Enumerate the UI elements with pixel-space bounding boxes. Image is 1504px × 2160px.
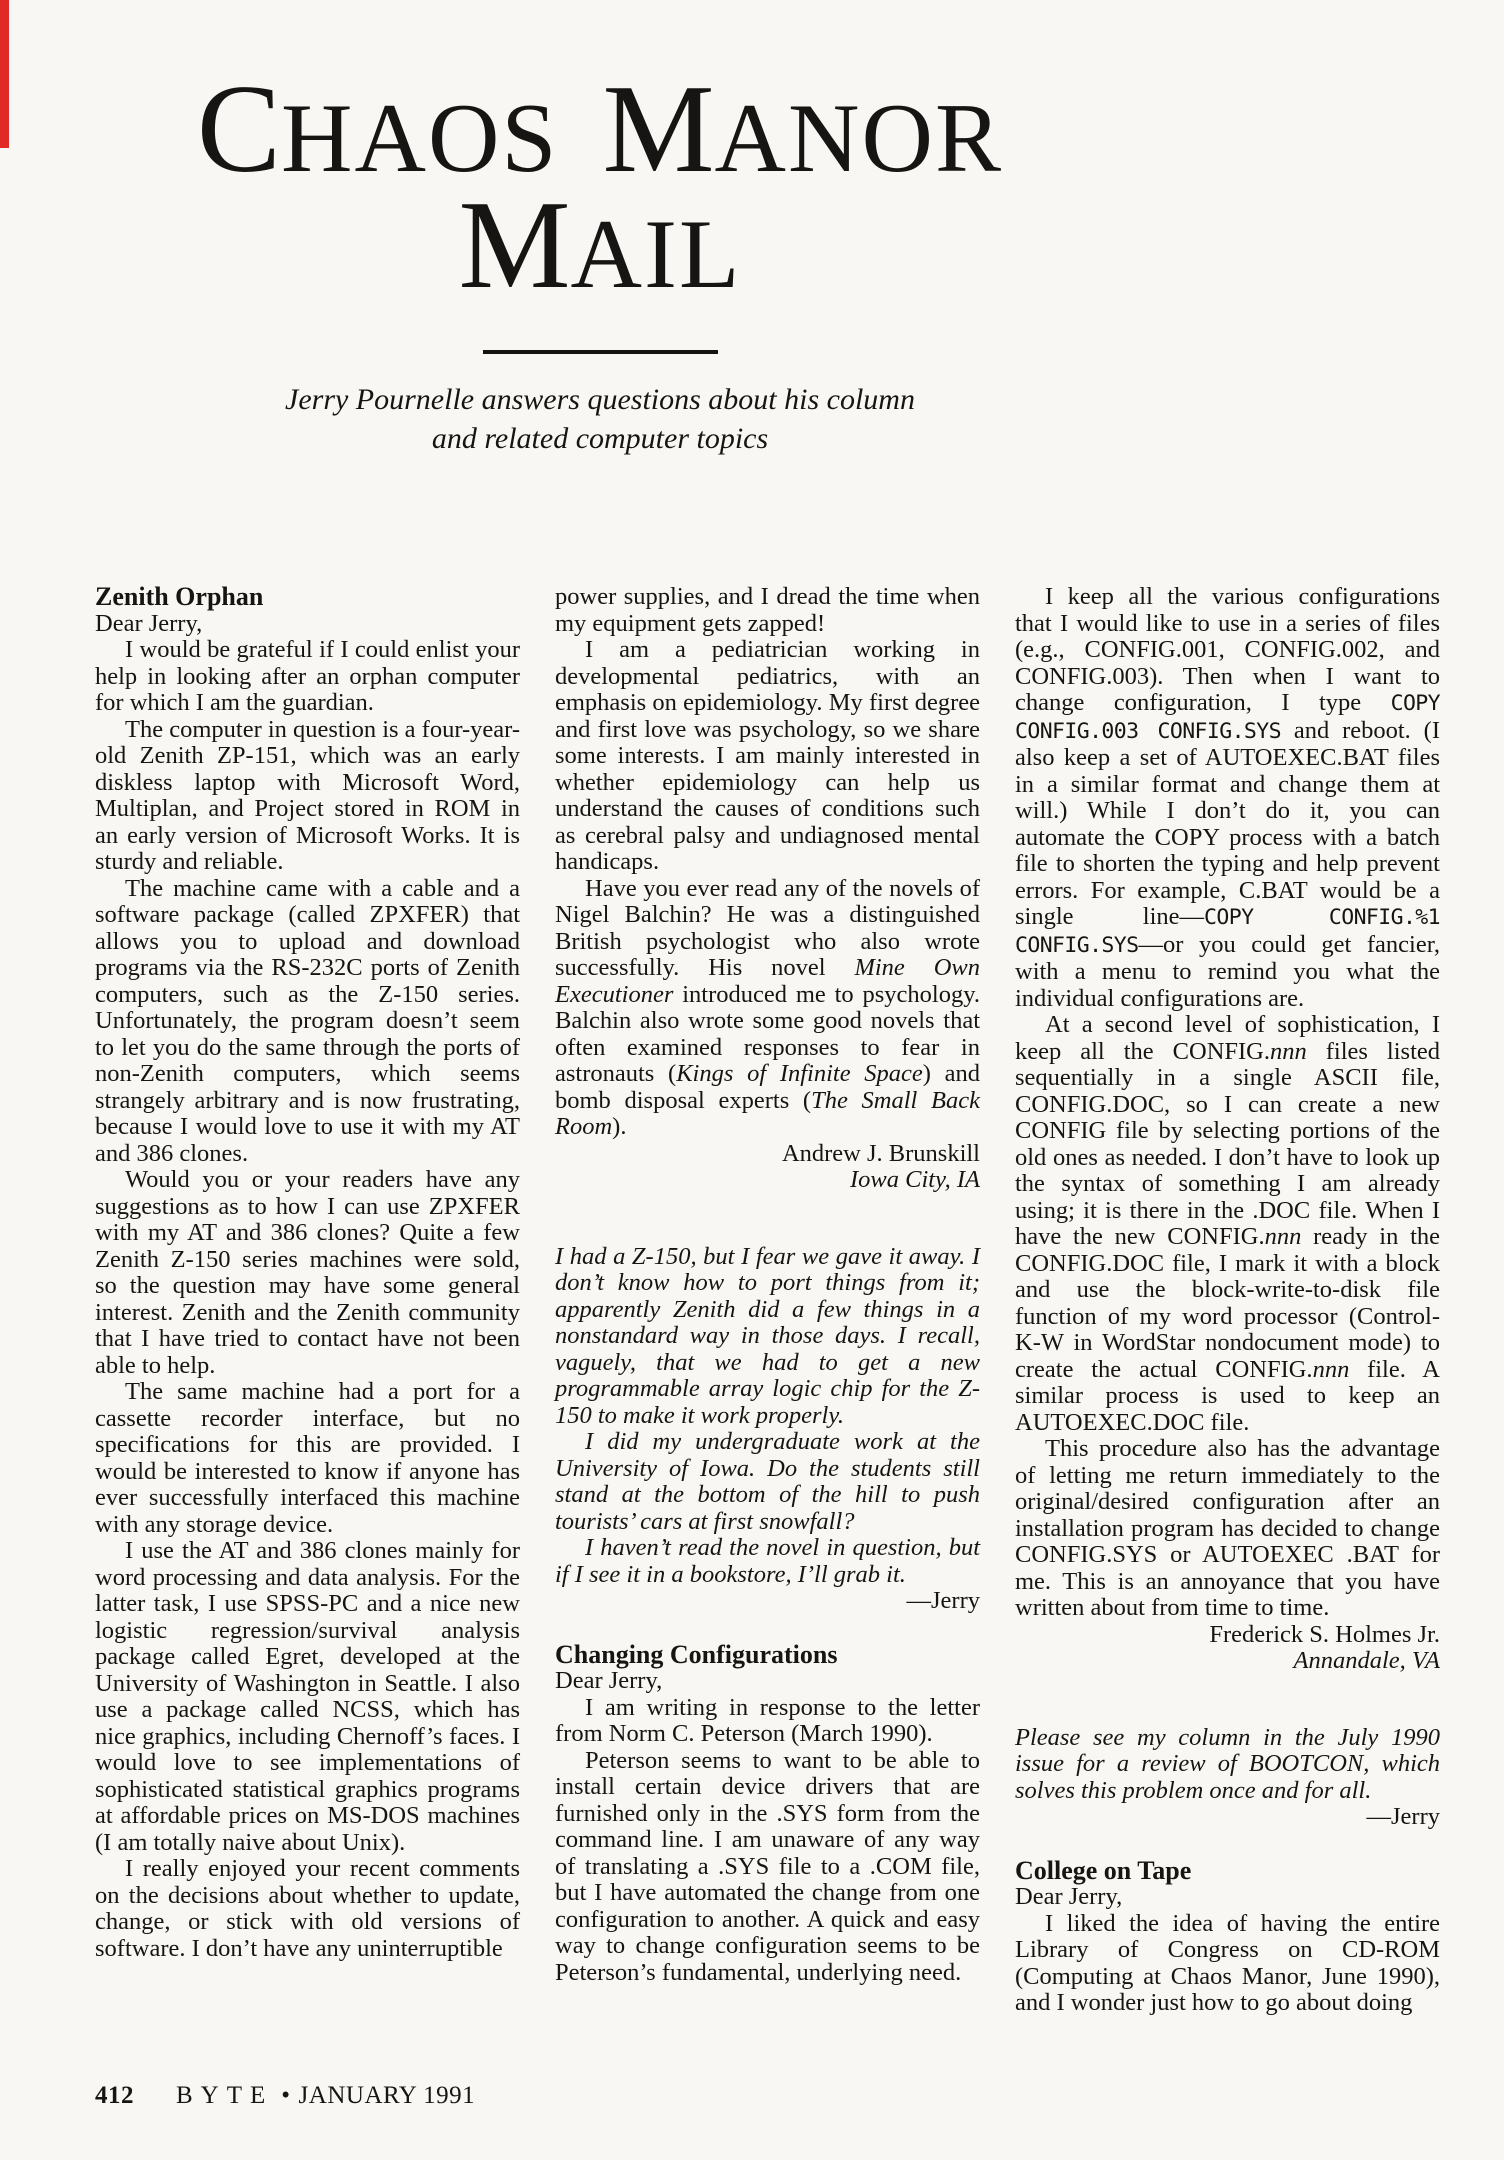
title-initial-cap: M xyxy=(459,176,571,315)
italic-title-text: nnn xyxy=(1270,1038,1307,1065)
column-subtitle: Jerry Pournelle answers questions about … xyxy=(150,380,1050,458)
letter-paragraph: I keep all the various configurations th… xyxy=(1015,584,1440,1012)
italic-title-text: Kings of Infinite Space xyxy=(676,1060,923,1087)
letter-paragraph: Dear Jerry, xyxy=(1015,1884,1440,1911)
reply-signature: —Jerry xyxy=(1015,1804,1440,1831)
title-line: MAIL xyxy=(150,188,1050,304)
title-small-caps: ANOR xyxy=(715,84,1004,193)
title-divider-rule xyxy=(483,350,718,354)
letter-paragraph: Dear Jerry, xyxy=(95,611,520,638)
subtitle-line: and related computer topics xyxy=(150,419,1050,458)
letter-paragraph: power supplies, and I dread the time whe… xyxy=(555,584,980,637)
masthead: CHAOSMANORMAIL Jerry Pournelle answers q… xyxy=(150,72,1050,458)
signature-place: Annandale, VA xyxy=(1015,1648,1440,1675)
letter-paragraph: Would you or your readers have any sugge… xyxy=(95,1167,520,1379)
footer-bullet: • xyxy=(281,2082,290,2109)
section-heading: Zenith Orphan xyxy=(95,584,520,611)
dos-command-text: COPY CONFIG.%1 CONFIG.SYS xyxy=(1015,905,1440,958)
letter-paragraph: I use the AT and 386 clones mainly for w… xyxy=(95,1538,520,1856)
signature-name: Andrew J. Brunskill xyxy=(555,1141,980,1168)
text-column-1: Zenith OrphanDear Jerry,I would be grate… xyxy=(95,584,520,2017)
italic-title-text: The Small Back Room xyxy=(555,1087,980,1141)
letter-paragraph: The computer in question is a four-year-… xyxy=(95,717,520,876)
letter-paragraph: The machine came with a cable and a soft… xyxy=(95,876,520,1168)
subtitle-line: Jerry Pournelle answers questions about … xyxy=(150,380,1050,419)
page-number: 412 xyxy=(95,2082,134,2109)
spacer xyxy=(1015,1831,1440,1858)
text-column-3: I keep all the various configurations th… xyxy=(1015,584,1440,2017)
letter-paragraph: Dear Jerry, xyxy=(555,1668,980,1695)
title-small-caps: AIL xyxy=(571,200,742,309)
italic-title-text: nnn xyxy=(1265,1223,1302,1250)
reply-paragraph: I did my undergraduate work at the Unive… xyxy=(555,1429,980,1535)
page-edge-red-strip xyxy=(0,0,9,148)
dos-command-text: COPY CONFIG.003 CONFIG.SYS xyxy=(1015,691,1440,744)
article-body: Zenith OrphanDear Jerry,I would be grate… xyxy=(95,584,1440,2017)
page-footer: 412BYTE•JANUARY 1991 xyxy=(95,2082,475,2110)
section-heading: Changing Configurations xyxy=(555,1642,980,1669)
text-column-2: power supplies, and I dread the time whe… xyxy=(555,584,980,2017)
letter-paragraph: I really enjoyed your recent comments on… xyxy=(95,1856,520,1962)
letter-paragraph: I am writing in response to the letter f… xyxy=(555,1695,980,1748)
spacer xyxy=(555,1615,980,1642)
italic-title-text: nnn xyxy=(1313,1356,1350,1383)
title-word: MANOR xyxy=(603,72,1004,188)
letter-paragraph: Peterson seems to want to be able to ins… xyxy=(555,1748,980,1987)
title-line: CHAOSMANOR xyxy=(150,72,1050,188)
italic-title-text: Mine Own Executioner xyxy=(555,954,980,1008)
magazine-name: BYTE xyxy=(176,2082,273,2109)
letter-paragraph: I am a pediatrician working in developme… xyxy=(555,637,980,876)
title-initial-cap: M xyxy=(603,60,715,199)
letter-paragraph: This procedure also has the advantage of… xyxy=(1015,1436,1440,1622)
letter-paragraph: I liked the idea of having the entire Li… xyxy=(1015,1911,1440,2017)
page-title: CHAOSMANORMAIL xyxy=(150,72,1050,304)
reply-paragraph: Please see my column in the July 1990 is… xyxy=(1015,1725,1440,1805)
letter-paragraph: At a second level of sophistication, I k… xyxy=(1015,1012,1440,1436)
section-heading: College on Tape xyxy=(1015,1858,1440,1885)
magazine-page: { "page": { "background": "#f8f7f3", "in… xyxy=(0,0,1504,2160)
reply-paragraph: I had a Z-150, but I fear we gave it awa… xyxy=(555,1244,980,1430)
spacer xyxy=(555,1194,980,1244)
title-word: MAIL xyxy=(459,188,742,304)
reply-paragraph: I haven’t read the novel in question, bu… xyxy=(555,1535,980,1588)
letter-paragraph: I would be grateful if I could enlist yo… xyxy=(95,637,520,717)
signature-name: Frederick S. Holmes Jr. xyxy=(1015,1622,1440,1649)
letter-paragraph: The same machine had a port for a casset… xyxy=(95,1379,520,1538)
reply-signature: —Jerry xyxy=(555,1588,980,1615)
spacer xyxy=(1015,1675,1440,1725)
signature-place: Iowa City, IA xyxy=(555,1167,980,1194)
letter-paragraph: Have you ever read any of the novels of … xyxy=(555,876,980,1141)
title-word: CHAOS xyxy=(197,72,559,188)
title-initial-cap: C xyxy=(197,60,281,199)
issue-date: JANUARY 1991 xyxy=(299,2082,476,2109)
